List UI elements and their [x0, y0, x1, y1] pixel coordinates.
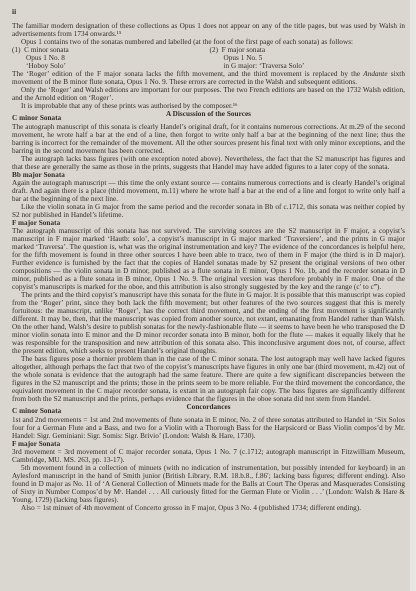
- concordances-fmajor-paragraph-3: Also = 1st minuet of 4th movement of Con…: [12, 504, 405, 512]
- page-content: ii The familiar modern designation of th…: [12, 8, 405, 512]
- sources-fmajor-heading: F major Sonata: [12, 219, 405, 227]
- intro-paragraph-3: The ‘Roger’ edition of the F major sonat…: [12, 70, 405, 86]
- opus-list-column-2: (2) F major sonata Opus 1 No. 5 in G maj…: [208, 46, 406, 70]
- concordances-fmajor-heading: F major Sonata: [12, 440, 405, 448]
- intro-paragraph-1: The familiar modern designation of these…: [12, 22, 405, 38]
- opus-item-2-line1: Opus 1 No. 5: [210, 54, 406, 62]
- opus-item-1-label: (1) C minor sonata: [12, 46, 208, 54]
- concordances-fmajor-paragraph-2: 5th movement found in a collection of mi…: [12, 464, 405, 504]
- concordances-cminor-heading: C minor Sonata: [12, 407, 61, 415]
- p3-italic-word: Andante: [363, 70, 387, 78]
- sources-cminor-heading: C minor Sonata: [12, 114, 61, 122]
- concordances-fmajor-paragraph-1: 3rd movement = 3rd movement of C major r…: [12, 448, 405, 464]
- opus-item-2-label: (2) F major sonata: [210, 46, 406, 54]
- intro-paragraph-4: Only the ‘Roger’ and Walsh editions are …: [12, 86, 405, 102]
- sources-bbmajor-paragraph-1: Again the autograph manuscript — this ti…: [12, 179, 405, 203]
- concordances-section-heading: Concordances: [186, 403, 230, 411]
- opus-item-1-line2: ‘Hoboy Solo’: [12, 62, 208, 70]
- sources-cminor-paragraph-1: The autograph manuscript of this sonata …: [12, 123, 405, 155]
- opus-list-column-1: (1) C minor sonata Opus 1 No. 8 ‘Hoboy S…: [12, 46, 208, 70]
- opus-item-1-line1: Opus 1 No. 8: [12, 54, 208, 62]
- scanned-book-page: ii The familiar modern designation of th…: [0, 0, 416, 591]
- intro-paragraph-5: It is improbable that any of these print…: [12, 102, 405, 110]
- sources-bbmajor-heading: Bb major Sonata: [12, 171, 405, 179]
- p3-text-before: The ‘Roger’ edition of the F major sonat…: [12, 70, 363, 78]
- scan-edge-highlight: [410, 0, 416, 591]
- opus-numbering-list: (1) C minor sonata Opus 1 No. 8 ‘Hoboy S…: [12, 46, 405, 70]
- page-number: ii: [12, 8, 405, 16]
- sources-fmajor-paragraph-3: The bass figures pose a thornier problem…: [12, 355, 405, 403]
- intro-paragraph-2: Opus 1 contains two of the sonatas numbe…: [12, 38, 405, 46]
- sources-fmajor-paragraph-2: The prints and the third copyist’s manus…: [12, 291, 405, 355]
- sources-fmajor-paragraph-1: The autograph manuscript of this sonata …: [12, 227, 405, 291]
- sources-bbmajor-paragraph-2: Like the violin sonata in G major from t…: [12, 203, 405, 219]
- sources-section-heading: A Discussion of the Sources: [166, 110, 251, 118]
- concordances-heading-row: Concordances C minor Sonata: [12, 403, 405, 412]
- concordances-cminor-paragraph-1: 1st and 2nd movements = 1st and 2nd move…: [12, 416, 405, 440]
- opus-item-2-line2: in G major: ‘Traversa Solo’: [210, 62, 406, 70]
- sources-cminor-paragraph-2: The autograph lacks bass figures (with o…: [12, 155, 405, 171]
- sources-heading-row: A Discussion of the Sources C minor Sona…: [12, 110, 405, 119]
